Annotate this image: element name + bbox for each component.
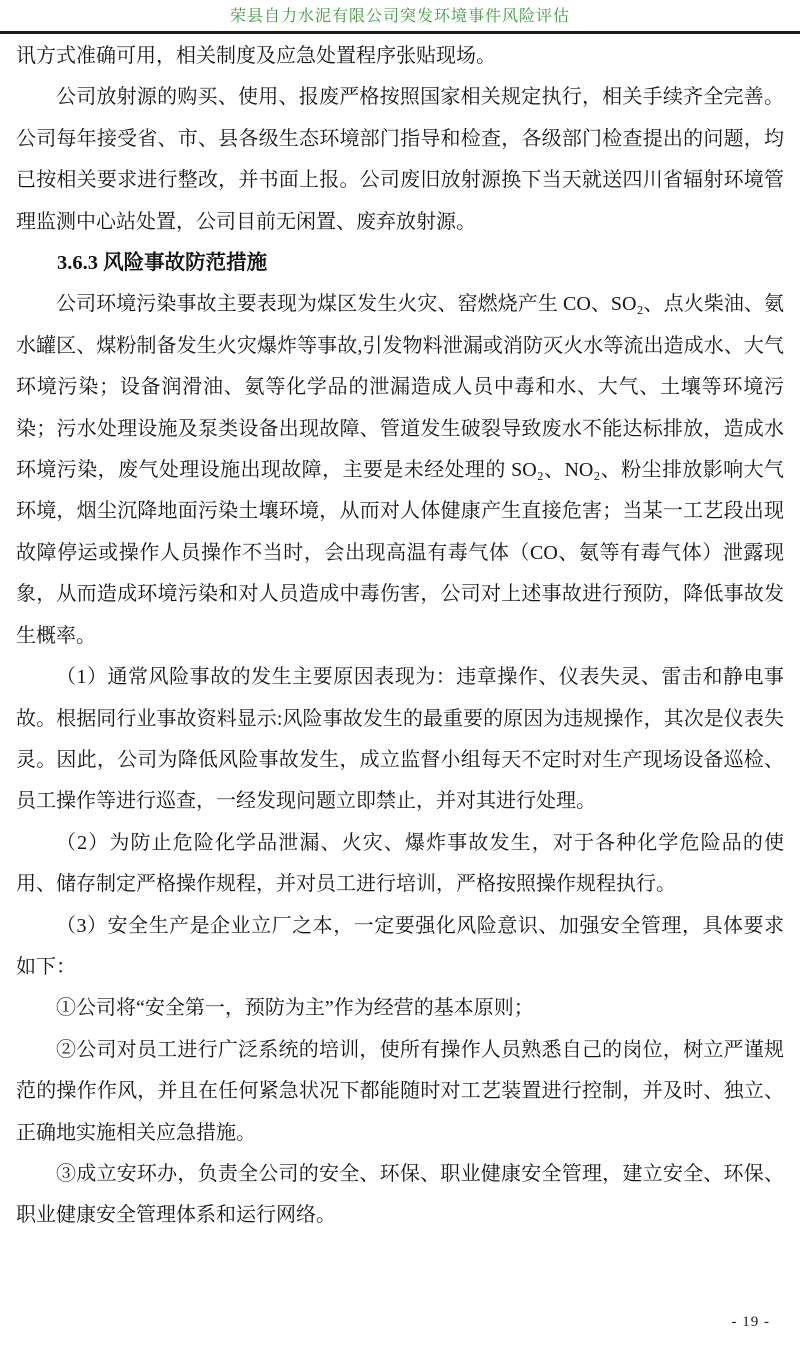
paragraph-continuation: 讯方式准确可用，相关制度及应急处置程序张贴现场。	[16, 36, 784, 77]
paragraph-requirement-1: ①公司将“安全第一，预防为主”作为经营的基本原则；	[16, 988, 784, 1029]
paragraph-requirement-3: ③成立安环办，负责全公司的安全、环保、职业健康安全管理，建立安全、环保、职业健康…	[16, 1154, 784, 1237]
paragraph-item-2-chemicals: （2）为防止危险化学品泄漏、火灾、爆炸事故发生，对于各种化学危险品的使用、储存制…	[16, 823, 784, 906]
running-header-title: 荣县自力水泥有限公司突发环境事件风险评估	[0, 0, 800, 27]
paragraph-item-1-causes: （1）通常风险事故的发生主要原因表现为：违章操作、仪表失灵、雷击和静电事故。根据…	[16, 657, 784, 823]
page-number: - 19 -	[732, 1314, 771, 1331]
paragraph-pollution-accidents: 公司环境污染事故主要表现为煤区发生火灾、窑燃烧产生 CO、SO₂、点火柴油、氨水…	[16, 284, 784, 657]
document-body: 讯方式准确可用，相关制度及应急处置程序张贴现场。 公司放射源的购买、使用、报废严…	[0, 34, 800, 1237]
document-page: 荣县自力水泥有限公司突发环境事件风险评估 讯方式准确可用，相关制度及应急处置程序…	[0, 0, 800, 1353]
paragraph-requirement-2: ②公司对员工进行广泛系统的培训，使所有操作人员熟悉自己的岗位，树立严谨规范的操作…	[16, 1030, 784, 1154]
paragraph-radiation-source: 公司放射源的购买、使用、报废严格按照国家相关规定执行，相关手续齐全完善。公司每年…	[16, 77, 784, 243]
section-heading-3-6-3: 3.6.3 风险事故防范措施	[16, 243, 784, 284]
paragraph-item-3-safety: （3）安全生产是企业立厂之本，一定要强化风险意识、加强安全管理，具体要求如下：	[16, 906, 784, 989]
